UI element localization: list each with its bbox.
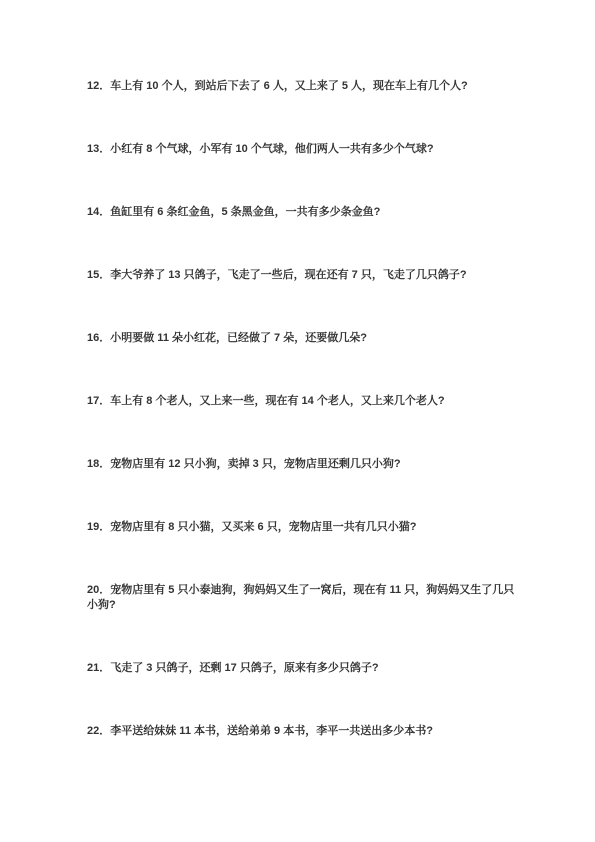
- question-number: 22．: [87, 725, 110, 737]
- question-number: 15．: [87, 269, 110, 281]
- question-text: 宠物店里有 12 只小狗，卖掉 3 只，宠物店里还剩几只小狗?: [110, 458, 400, 470]
- question-number: 20．: [87, 584, 110, 596]
- question-number: 12．: [87, 80, 110, 92]
- question-text: 宠物店里有 8 只小猫，又买来 6 只，宠物店里一共有几只小猫?: [110, 521, 416, 533]
- question-text: 车上有 10 个人，到站后下去了 6 人，又上来了 5 人，现在车上有几个人?: [110, 80, 468, 92]
- question-item: 18．宠物店里有 12 只小狗，卖掉 3 只，宠物店里还剩几只小狗?: [87, 457, 520, 472]
- question-item: 13．小红有 8 个气球，小军有 10 个气球，他们两人一共有多少个气球?: [87, 142, 520, 157]
- question-item: 21．飞走了 3 只鸽子，还剩 17 只鸽子，原来有多少只鸽子?: [87, 661, 520, 676]
- question-number: 16．: [87, 332, 110, 344]
- question-item: 14．鱼缸里有 6 条红金鱼，5 条黑金鱼，一共有多少条金鱼?: [87, 205, 520, 220]
- question-text: 鱼缸里有 6 条红金鱼，5 条黑金鱼，一共有多少条金鱼?: [110, 206, 380, 218]
- question-item: 19．宠物店里有 8 只小猫，又买来 6 只，宠物店里一共有几只小猫?: [87, 520, 520, 535]
- question-number: 18．: [87, 458, 110, 470]
- question-item: 15．李大爷养了 13 只鸽子，飞走了一些后，现在还有 7 只，飞走了几只鸽子?: [87, 268, 520, 283]
- question-number: 21．: [87, 662, 110, 674]
- question-text: 车上有 8 个老人，又上来一些，现在有 14 个老人，又上来几个老人?: [110, 395, 444, 407]
- question-item: 16．小明要做 11 朵小红花，已经做了 7 朵，还要做几朵?: [87, 331, 520, 346]
- question-number: 17．: [87, 395, 110, 407]
- question-text: 飞走了 3 只鸽子，还剩 17 只鸽子，原来有多少只鸽子?: [110, 662, 378, 674]
- question-item: 22．李平送给妹妹 11 本书，送给弟弟 9 本书，李平一共送出多少本书?: [87, 724, 520, 739]
- question-text: 李大爷养了 13 只鸽子，飞走了一些后，现在还有 7 只，飞走了几只鸽子?: [110, 269, 466, 281]
- question-text: 李平送给妹妹 11 本书，送给弟弟 9 本书，李平一共送出多少本书?: [110, 725, 433, 737]
- worksheet-page: 12．车上有 10 个人，到站后下去了 6 人，又上来了 5 人，现在车上有几个…: [0, 0, 595, 842]
- question-number: 14．: [87, 206, 110, 218]
- question-number: 19．: [87, 521, 110, 533]
- question-text: 小红有 8 个气球，小军有 10 个气球，他们两人一共有多少个气球?: [110, 143, 433, 155]
- question-item: 12．车上有 10 个人，到站后下去了 6 人，又上来了 5 人，现在车上有几个…: [87, 79, 520, 94]
- question-text: 宠物店里有 5 只小泰迪狗，狗妈妈又生了一窝后，现在有 11 只，狗妈妈又生了几…: [87, 584, 514, 611]
- question-text: 小明要做 11 朵小红花，已经做了 7 朵，还要做几朵?: [110, 332, 367, 344]
- question-number: 13．: [87, 143, 110, 155]
- question-item: 20．宠物店里有 5 只小泰迪狗，狗妈妈又生了一窝后，现在有 11 只，狗妈妈又…: [87, 583, 520, 613]
- question-item: 17．车上有 8 个老人，又上来一些，现在有 14 个老人，又上来几个老人?: [87, 394, 520, 409]
- question-list: 12．车上有 10 个人，到站后下去了 6 人，又上来了 5 人，现在车上有几个…: [0, 0, 592, 739]
